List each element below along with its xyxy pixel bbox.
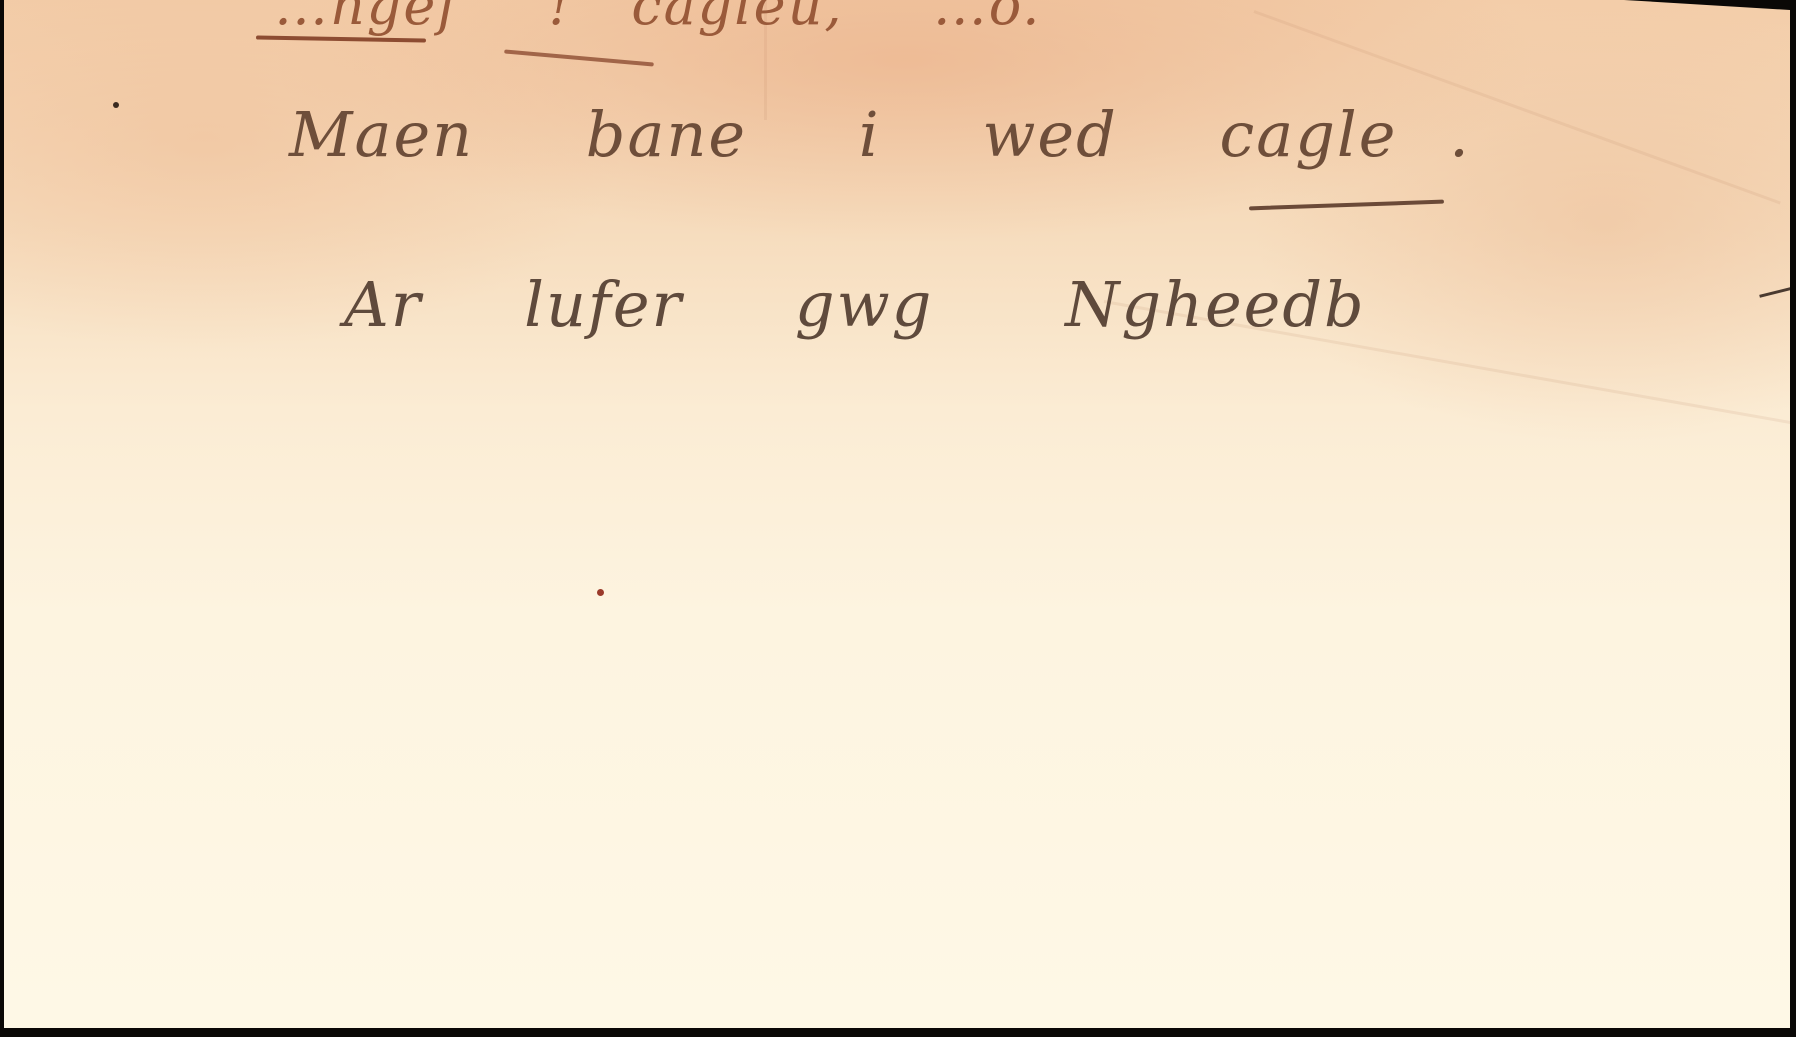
handwritten-word: i bbox=[859, 98, 881, 171]
handwritten-word: bane bbox=[586, 98, 747, 171]
handwritten-word: …o. bbox=[933, 0, 1042, 37]
red-ink-dot bbox=[597, 589, 604, 596]
paper-sheet: …ngef ! cagleu, …o. Maen bane i wed cagl… bbox=[4, 0, 1790, 1028]
handwritten-word: wed bbox=[982, 98, 1117, 171]
handwritten-word: Maen bbox=[289, 98, 474, 171]
handwritten-word: Ngheedb bbox=[1065, 268, 1366, 341]
handwritten-word: cagleu, bbox=[631, 0, 843, 37]
underline-stroke bbox=[504, 49, 654, 66]
handwritten-line-partial: …ngef ! cagleu, …o. bbox=[274, 0, 1111, 37]
handwritten-word: Ar bbox=[344, 268, 422, 341]
handwritten-line-2: Ar lufer gwg Ngheedb bbox=[344, 268, 1436, 341]
handwritten-word: …ngef bbox=[274, 0, 459, 37]
paper-tear-mark bbox=[1759, 285, 1796, 298]
handwritten-word: lufer bbox=[524, 268, 683, 341]
handwritten-line-1: Maen bane i wed cagle . bbox=[289, 98, 1541, 171]
underline-stroke bbox=[1249, 200, 1444, 211]
handwritten-word-underlined: cagle bbox=[1220, 98, 1398, 171]
handwritten-word: ! bbox=[548, 0, 572, 37]
handwritten-period: . bbox=[1449, 98, 1471, 171]
handwritten-word: gwg bbox=[795, 268, 933, 341]
ink-dot bbox=[113, 102, 119, 108]
